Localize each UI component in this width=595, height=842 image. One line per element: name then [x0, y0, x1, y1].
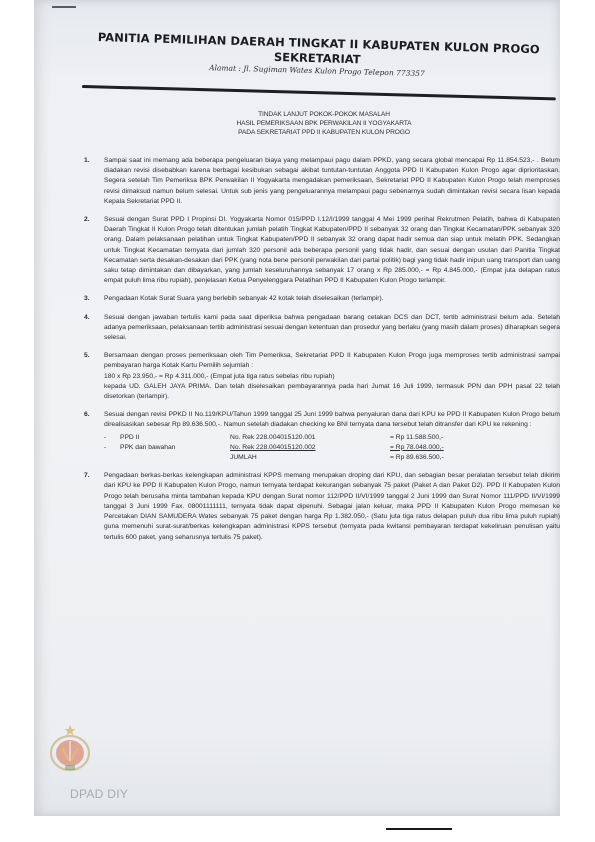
item-number: 4. — [84, 313, 90, 323]
scan-mark — [52, 6, 76, 8]
item-text: Pengadaan Kotak Surat Suara yang berlebi… — [104, 294, 560, 304]
document-body: 1. Sampai saat ini memang ada beberapa p… — [80, 156, 560, 551]
list-item: 4. Sesuai dengan jawaban tertulis kami p… — [80, 313, 560, 344]
account-amount: = Rp 78.048.000,- — [390, 443, 510, 453]
list-item: 7. Pengadaan berkas-berkas kelengkapan a… — [80, 471, 560, 542]
item-text: Sesuai dengan revisi PPKD II No.119/KPU/… — [104, 410, 560, 430]
list-item: 2. Sesuai dengan Surat PPD I Propinsi DI… — [80, 215, 560, 286]
total-amount: = Rp 89.636.500,- — [390, 453, 510, 463]
account-bullet — [104, 453, 120, 463]
item-text: Sesuai dengan Surat PPD I Propinsi DI. Y… — [104, 215, 560, 286]
list-item: 3. Pengadaan Kotak Surat Suara yang berl… — [80, 294, 560, 304]
list-item: 6. Sesuai dengan revisi PPKD II No.119/K… — [80, 410, 560, 463]
page-footer-rule — [386, 828, 452, 830]
account-name: PPD II — [120, 433, 230, 443]
account-bullet: - — [104, 443, 120, 453]
item-text-continued: kepada UD. GALEH JAYA PRIMA. Dan telah d… — [104, 382, 560, 402]
account-amount: = Rp 11.588.500,- — [390, 433, 510, 443]
item-number: 2. — [84, 215, 90, 225]
account-number: No. Rek 228.004015120.002 — [230, 443, 390, 453]
scanned-page: PANITIA PEMILIHAN DAERAH TINGKAT II KABU… — [34, 0, 560, 816]
total-label: JUMLAH — [230, 453, 390, 463]
list-item: 5. Bersamaan dengan proses pemeriksaan o… — [80, 351, 560, 402]
item-text: Sampai saat ini memang ada beberapa peng… — [104, 156, 560, 207]
item-text: Sesuai dengan jawaban tertulis kami pada… — [104, 313, 560, 344]
watermark: DPAD DIY — [70, 787, 128, 801]
letterhead-rule — [82, 85, 556, 100]
item-number: 1. — [84, 156, 90, 166]
subject-line-2: HASIL PEMERIKSAAN BPK PERWAKILAN II YOGY… — [174, 119, 474, 128]
item-number: 5. — [84, 351, 90, 361]
account-table: - PPD II No. Rek 228.004015120.001 = Rp … — [104, 433, 560, 464]
subject-block: TINDAK LANJUT POKOK-POKOK MASALAH HASIL … — [174, 110, 474, 137]
item-number: 7. — [84, 471, 90, 481]
item-number: 6. — [84, 410, 90, 420]
account-name: PPK dan bawahan — [120, 443, 230, 453]
account-name — [120, 453, 230, 463]
list-item: 1. Sampai saat ini memang ada beberapa p… — [80, 156, 560, 207]
calculation-line: 180 x Rp 23.950,- = Rp 4.311.000,- (Empa… — [104, 372, 560, 382]
item-number: 3. — [84, 294, 90, 304]
letterhead: PANITIA PEMILIHAN DAERAH TINGKAT II KABU… — [97, 30, 538, 81]
account-number: No. Rek 228.004015120.001 — [230, 433, 390, 443]
subject-line-3: PADA SEKRETARIAT PPD II KABUPATEN KULON … — [174, 128, 474, 137]
account-bullet: - — [104, 433, 120, 443]
item-text: Bersamaan dengan proses pemeriksaan oleh… — [104, 351, 560, 371]
item-text: Pengadaan berkas-berkas kelengkapan admi… — [104, 471, 560, 542]
yogyakarta-seal-icon — [48, 724, 92, 774]
subject-line-1: TINDAK LANJUT POKOK-POKOK MASALAH — [174, 110, 474, 119]
